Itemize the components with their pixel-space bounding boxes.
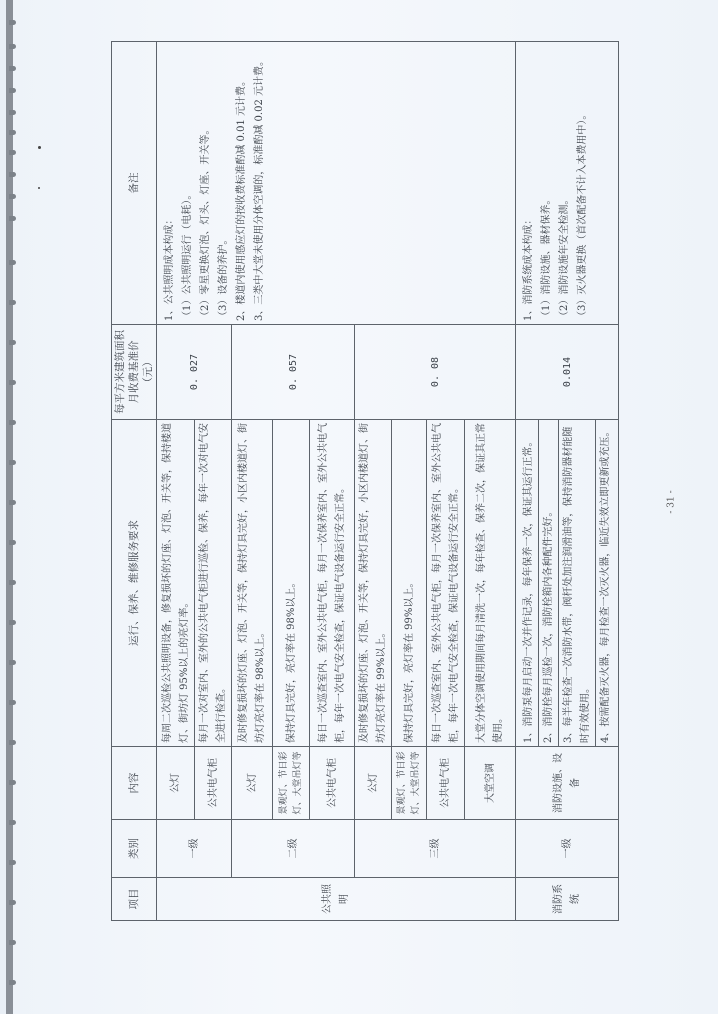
note-line: （3）灭火器更换（首次配备不计入本费用中）。 xyxy=(574,45,592,321)
content-cell: 公灯 xyxy=(157,747,195,820)
price-cell: 0.014 xyxy=(516,325,619,420)
note-line: 3、三类中大堂未使用分体空调的，标准酌减 0.02 元计费。 xyxy=(251,45,269,321)
binding-edge xyxy=(6,0,13,1014)
price-cell: 0. 057 xyxy=(232,325,355,420)
content-cell: 大堂空调 xyxy=(465,747,516,820)
note-line: 1、公共照明成本构成： xyxy=(161,45,179,321)
note-line: 1、消防系统成本构成： xyxy=(520,45,538,321)
header-project: 项目 xyxy=(112,878,157,921)
requirement-item: 1、消防泵每月启动一次并作记录，每年保养一次，保证其运行正常。 xyxy=(519,420,539,746)
project-cell: 消防系统 xyxy=(516,878,619,921)
level-cell: 二级 xyxy=(232,820,355,878)
note-line: （1）消防设施、器材保养。 xyxy=(538,45,556,321)
note-line: （2）消防设施年安全检测。 xyxy=(556,45,574,321)
requirement-item: 4、按需配备灭火器，每月检查一次灭火器，临近失效立即更新或充压。 xyxy=(596,420,615,746)
content-cell: 公共电气柜 xyxy=(310,747,355,820)
level-cell: 三级 xyxy=(355,820,516,878)
requirement-cell: 保持灯具完好，亮灯率在 99%以上。 xyxy=(392,420,427,747)
content-cell: 景观灯、节日彩灯、大堂吊灯等 xyxy=(273,747,310,820)
scan-speck xyxy=(38,187,40,189)
requirement-cell: 大堂分体空调使用期间每月清洗一次，每年检查、保养二次，保证其正常使用。 xyxy=(465,420,516,747)
header-category: 类别 xyxy=(112,820,157,878)
table-row: 公共照明 一级 公灯 每周二次巡检公共照明设备，修复损坏的灯座、灯泡、开关等，保… xyxy=(157,42,195,921)
requirement-cell: 及时修复损坏的灯座、灯泡、开关等，保持灯具完好，小区内楼道灯、街坊灯亮灯率在 9… xyxy=(355,420,392,747)
content-cell: 景观灯、节日彩灯、大堂吊灯等 xyxy=(392,747,427,820)
requirement-item: 3、每半年检查一次消防水带，阀杆处加注润滑油等，保持消防器材能随时有效使用。 xyxy=(559,420,596,746)
table-row: 消防系统 一级 消防设施、设备 1、消防泵每月启动一次并作记录，每年保养一次，保… xyxy=(516,42,619,921)
requirement-cell: 每日一次巡查室内、室外公共电气柜，每月一次保养室内、室外公共电气柜，每年一次电气… xyxy=(310,420,355,747)
content-cell: 公灯 xyxy=(355,747,392,820)
note-line: （2）零星更换灯泡、灯头、灯座、开关等。 xyxy=(197,45,215,321)
content-cell: 公共电气柜 xyxy=(427,747,465,820)
requirement-cell: 每月一次对室内、室外的公共电气柜进行巡检、保养，每年一次对电气安全进行检查。 xyxy=(195,420,232,747)
notes-cell: 1、公共照明成本构成： （1）公共照明运行（电耗）。 （2）零星更换灯泡、灯头、… xyxy=(157,42,516,325)
requirement-cell: 1、消防泵每月启动一次并作记录，每年保养一次，保证其运行正常。 2、消防栓每月巡… xyxy=(516,420,619,747)
content-cell: 公灯 xyxy=(232,747,273,820)
content-cell: 消防设施、设备 xyxy=(516,747,619,820)
header-price: 每平方米建筑面积月收费基准价（元） xyxy=(112,325,157,420)
price-cell: 0. 027 xyxy=(157,325,232,420)
level-cell: 一级 xyxy=(157,820,232,878)
page-number: - 31 - xyxy=(667,490,677,513)
note-line: 2、楼道内使用感应灯的按收费标准酌减 0.01 元计费。 xyxy=(233,45,251,321)
notes-cell: 1、消防系统成本构成： （1）消防设施、器材保养。 （2）消防设施年安全检测。 … xyxy=(516,42,619,325)
header-requirements: 运行、保养、维修服务要求 xyxy=(112,420,157,747)
level-cell: 一级 xyxy=(516,820,619,878)
header-notes: 备注 xyxy=(112,42,157,325)
rotated-table-container: 项目 类别 内容 运行、保养、维修服务要求 每平方米建筑面积月收费基准价（元） … xyxy=(111,42,611,921)
note-line: （1）公共照明运行（电耗）。 xyxy=(179,45,197,321)
requirement-cell: 每日一次巡查室内、室外公共电气柜，每月一次保养室内、室外公共电气柜，每年一次电气… xyxy=(427,420,465,747)
project-cell: 公共照明 xyxy=(157,878,516,921)
requirement-cell: 每周二次巡检公共照明设备，修复损坏的灯座、灯泡、开关等，保持楼道灯、街坊灯 95… xyxy=(157,420,195,747)
header-content: 内容 xyxy=(112,747,157,820)
table-header-row: 项目 类别 内容 运行、保养、维修服务要求 每平方米建筑面积月收费基准价（元） … xyxy=(112,42,157,921)
content-cell: 公共电气柜 xyxy=(195,747,232,820)
scan-speck xyxy=(38,146,41,149)
price-cell: 0. 08 xyxy=(355,325,516,420)
note-line: （3）设备的养护。 xyxy=(215,45,233,321)
requirement-cell: 及时修复损坏的灯座、灯泡、开关等，保持灯具完好，小区内楼道灯、街坊灯亮灯率在 9… xyxy=(232,420,273,747)
requirement-cell: 保持灯具完好，亮灯率在 98%以上。 xyxy=(273,420,310,747)
requirement-item: 2、消防栓每月巡检一次，消防栓箱内各种配件完好。 xyxy=(539,420,559,746)
fee-standard-table: 项目 类别 内容 运行、保养、维修服务要求 每平方米建筑面积月收费基准价（元） … xyxy=(111,41,619,921)
